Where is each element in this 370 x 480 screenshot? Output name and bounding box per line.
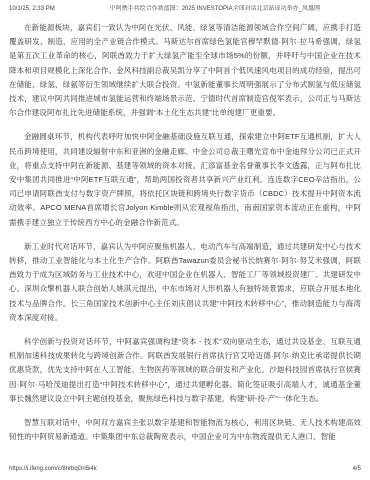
article-paragraph: 新工业时代对话环节，嘉宾认为中阿应聚焦机器人、电动汽车与高端制造，通过共建研发中… — [9, 240, 361, 325]
article-body: 在新能源板块，嘉宾们一致认为中阿在光伏、风能、绿氢等清洁能源领域合作空间广阔，应… — [9, 21, 361, 444]
article-paragraph: 智慧互联对话中，中阿双方嘉宾主张以数字基建和智能物流为核心，利用区块链、无人技术… — [9, 416, 361, 444]
print-footer: https://i.ifeng.com/c/8nrbqGn5i4k 4/5 — [9, 465, 361, 473]
article-paragraph: 在新能源板块，嘉宾们一致认为中阿在光伏、风能、绿氢等清洁能源领域合作空间广阔，应… — [9, 21, 361, 120]
page-number-indicator: 4/5 — [353, 465, 361, 473]
print-preview-page: 10/1/25, 2:33 PM 中阿携手共绘合作新蓝图：2025 INVEST… — [0, 0, 370, 480]
header-timestamp: 10/1/25, 2:33 PM — [9, 5, 55, 13]
print-header: 10/1/25, 2:33 PM 中阿携手共绘合作新蓝图：2025 INVEST… — [9, 5, 361, 13]
article-paragraph: 科学创新与投资对话环节，中阿嘉宾强调构建“资本 - 技术”双向驱动生态，通过共设… — [9, 335, 361, 406]
article-paragraph: 金融圆桌环节，机构代表呼吁加快中阿金融基础设施互联互通，探索建立中阿ETF互通机… — [9, 130, 361, 229]
footer-source-url: https://i.ifeng.com/c/8nrbqGn5i4k — [9, 465, 97, 473]
document-title: 中阿携手共绘合作新蓝图：2025 INVESTOPIA全球对话北京站成功举办_凤… — [55, 5, 361, 13]
